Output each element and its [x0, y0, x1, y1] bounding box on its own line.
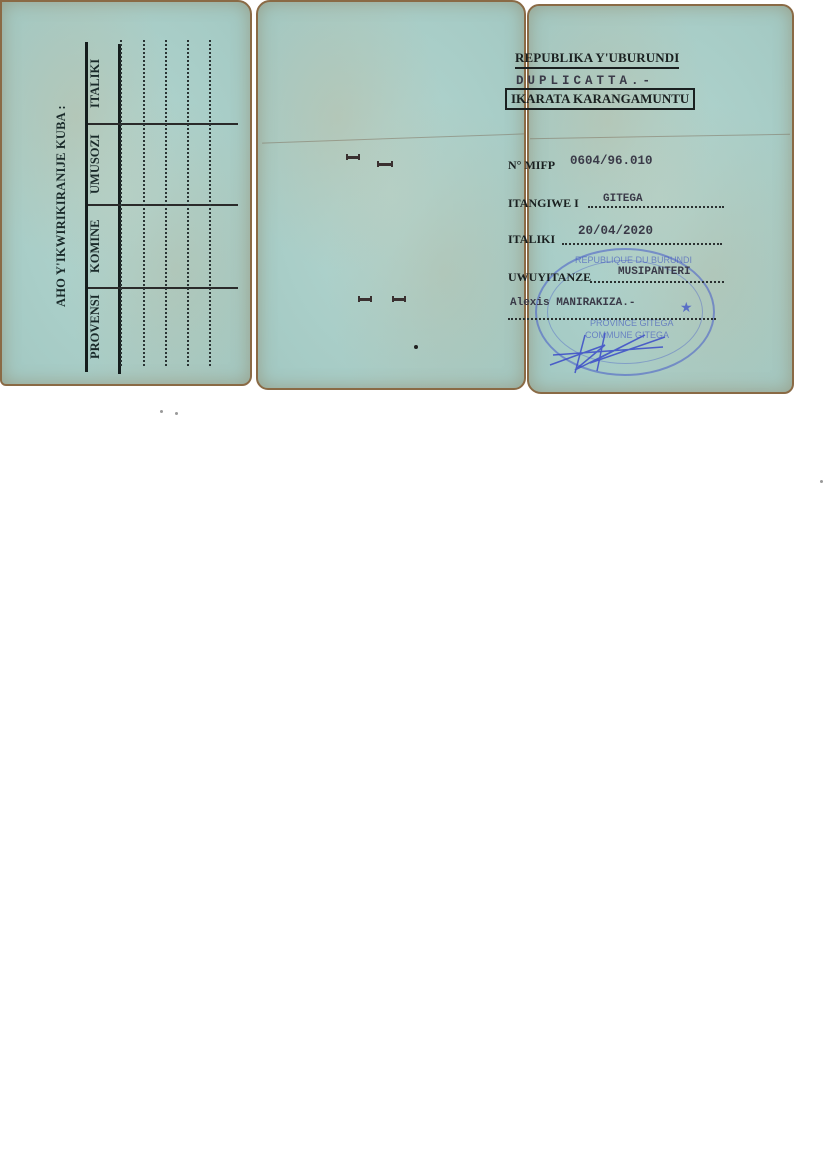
scan-speck — [160, 410, 163, 413]
column-divider — [88, 204, 238, 206]
column-divider — [88, 287, 238, 289]
field-label-issued-at: ITANGIWE I — [508, 196, 579, 211]
stamp-top-text: REPUBLIQUE DU BURUNDI — [575, 255, 692, 265]
staple — [358, 298, 372, 301]
field-label-date: ITALIKI — [508, 232, 555, 247]
dotted-fill-line — [562, 243, 722, 245]
ink-dot — [414, 345, 418, 349]
field-value-issuer: MUSIPANTERI — [618, 266, 691, 278]
field-label-mifp: N° MIFP — [508, 158, 555, 173]
card-title: IKARATA KARANGAMUNTU — [505, 88, 695, 110]
column-header-umusozi: UMUSOZI — [88, 122, 116, 206]
column-divider — [88, 123, 238, 125]
signature — [545, 325, 675, 375]
staple — [377, 163, 393, 166]
dotted-fill-line — [588, 206, 724, 208]
row-line — [187, 40, 189, 366]
field-value-issued-at: GITEGA — [603, 193, 643, 205]
dotted-fill-line — [590, 281, 724, 283]
row-line — [165, 40, 167, 366]
row-line — [120, 40, 122, 366]
row-line — [209, 40, 211, 366]
staple — [392, 298, 406, 301]
field-label-issuer: UWUYITANZE — [508, 270, 591, 285]
residence-history-table: AHO Y'IKWIRIKIRANIJE KUBA : PROVENSI KOM… — [30, 36, 220, 366]
scan-speck — [820, 480, 823, 483]
stamp-star-icon: ★ — [680, 300, 693, 317]
duplicate-stamp-text: DUPLICATTA.- — [516, 74, 654, 88]
card-panel-middle — [256, 0, 526, 390]
row-line — [143, 40, 145, 366]
column-header-provensi: PROVENSI — [88, 286, 116, 368]
scan-speck — [175, 412, 178, 415]
field-value-date: 20/04/2020 — [578, 224, 653, 238]
column-header-komine: KOMINE — [88, 206, 116, 286]
column-header-italiki: ITALIKI — [88, 44, 116, 122]
dotted-fill-line — [508, 318, 716, 320]
table-title: AHO Y'IKWIRIKIRANIJE KUBA : — [54, 56, 78, 356]
field-value-mifp: 0604/96.010 — [570, 154, 653, 168]
issuer-name: Alexis MANIRAKIZA.- — [510, 297, 635, 309]
staple — [346, 156, 360, 159]
republic-header: REPUBLIKA Y'UBURUNDI — [515, 50, 679, 69]
